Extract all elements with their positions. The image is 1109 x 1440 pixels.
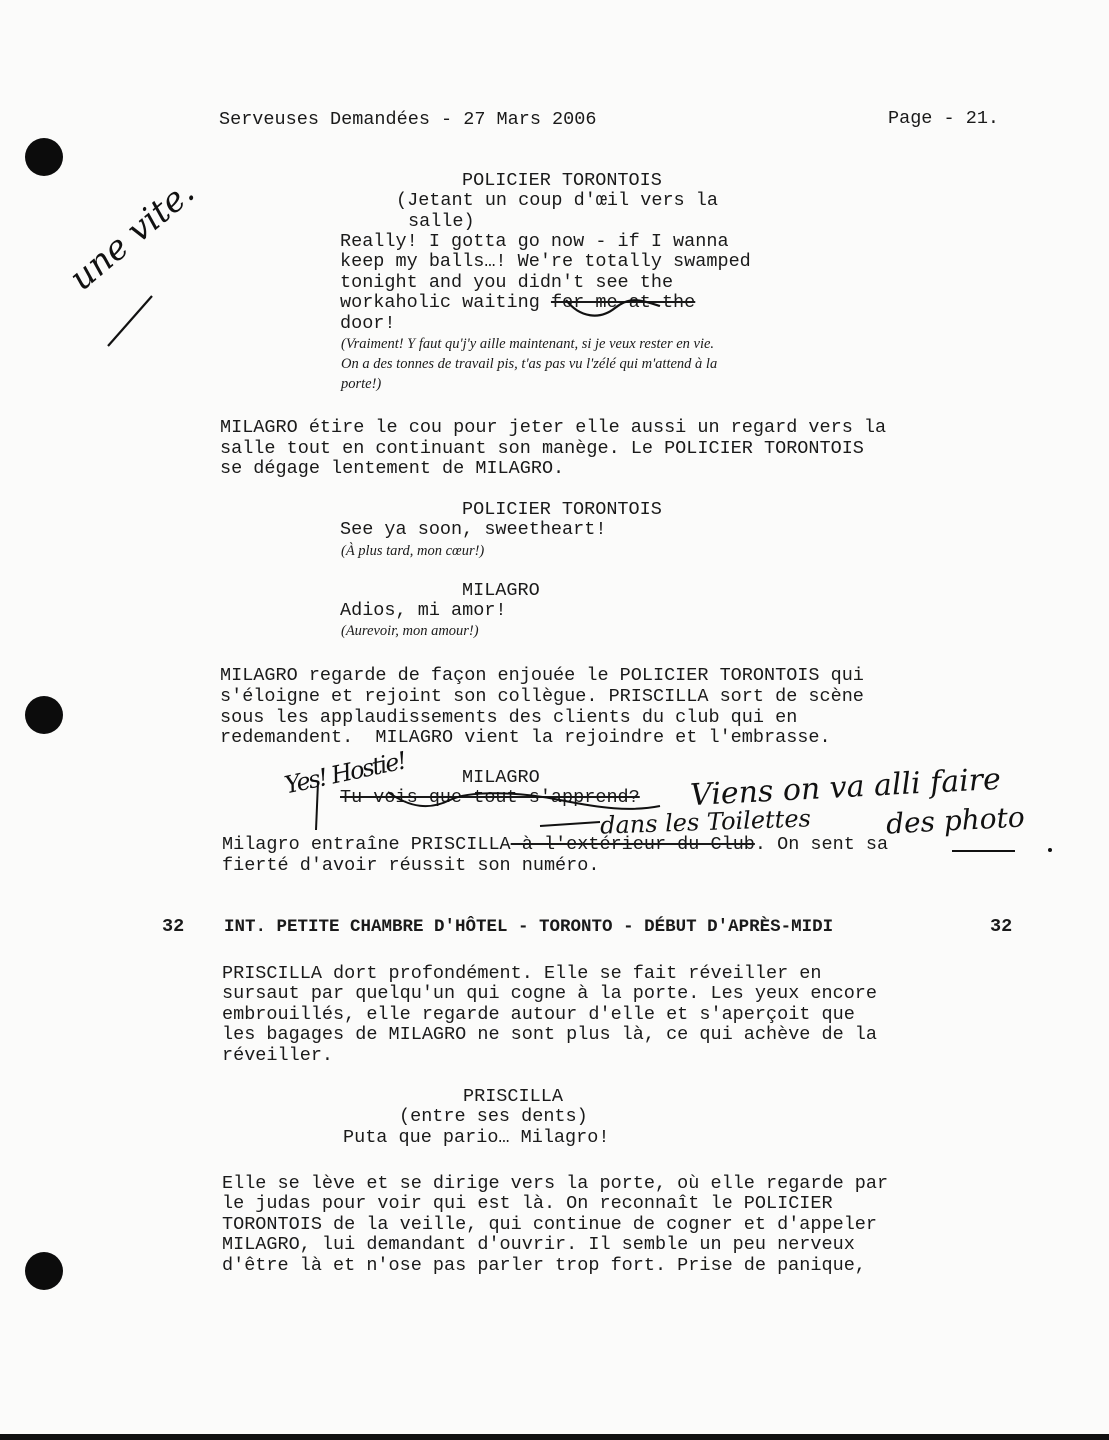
handwritten-margin-note: une vite. <box>62 172 202 299</box>
character-cue: MILAGRO <box>462 581 540 602</box>
translation: porte!) <box>341 373 381 395</box>
translation: On a des tonnes de travail pis, t'as pas… <box>341 353 717 375</box>
scene-number-right: 32 <box>990 917 1012 938</box>
action-paragraph: fierté d'avoir réussit son numéro. <box>222 856 599 877</box>
punch-hole-bottom <box>25 1252 63 1290</box>
translation: (Vraiment! Y faut qu'j'y aille maintenan… <box>341 333 714 355</box>
translation: (À plus tard, mon cœur!) <box>341 540 484 562</box>
punch-hole-middle <box>25 696 63 734</box>
scene-number-left: 32 <box>162 917 184 938</box>
dialogue: Puta que pario… Milagro! <box>343 1128 609 1149</box>
page-number: Page - 21. <box>888 109 999 130</box>
handwritten-dialogue-replacement: des photo <box>885 800 1025 840</box>
dialogue: Adios, mi amor! <box>340 601 507 622</box>
punch-hole-top <box>25 138 63 176</box>
scene-heading: INT. PETITE CHAMBRE D'HÔTEL - TORONTO - … <box>224 917 833 938</box>
dialogue: See ya soon, sweetheart! <box>340 520 606 541</box>
character-cue: POLICIER TORONTOIS <box>462 500 662 521</box>
parenthetical: salle) <box>408 212 475 233</box>
struck-dialogue: Tu vois que tout s'apprend? <box>340 788 640 809</box>
parenthetical: (entre ses dents) <box>399 1107 588 1128</box>
struck-text: for me at the <box>551 292 695 313</box>
document-title: Serveuses Demandées - 27 Mars 2006 <box>219 110 596 131</box>
character-cue: POLICIER TORONTOIS <box>462 171 662 192</box>
action-paragraph: Milagro entraîne PRISCILLA à l'extérieur… <box>222 835 888 856</box>
page-edge <box>0 1434 1109 1440</box>
character-cue: MILAGRO <box>462 768 540 789</box>
translation: (Aurevoir, mon amour!) <box>341 620 479 642</box>
parenthetical: (Jetant un coup d'œil vers la <box>396 191 718 212</box>
character-cue: PRISCILLA <box>463 1087 563 1108</box>
